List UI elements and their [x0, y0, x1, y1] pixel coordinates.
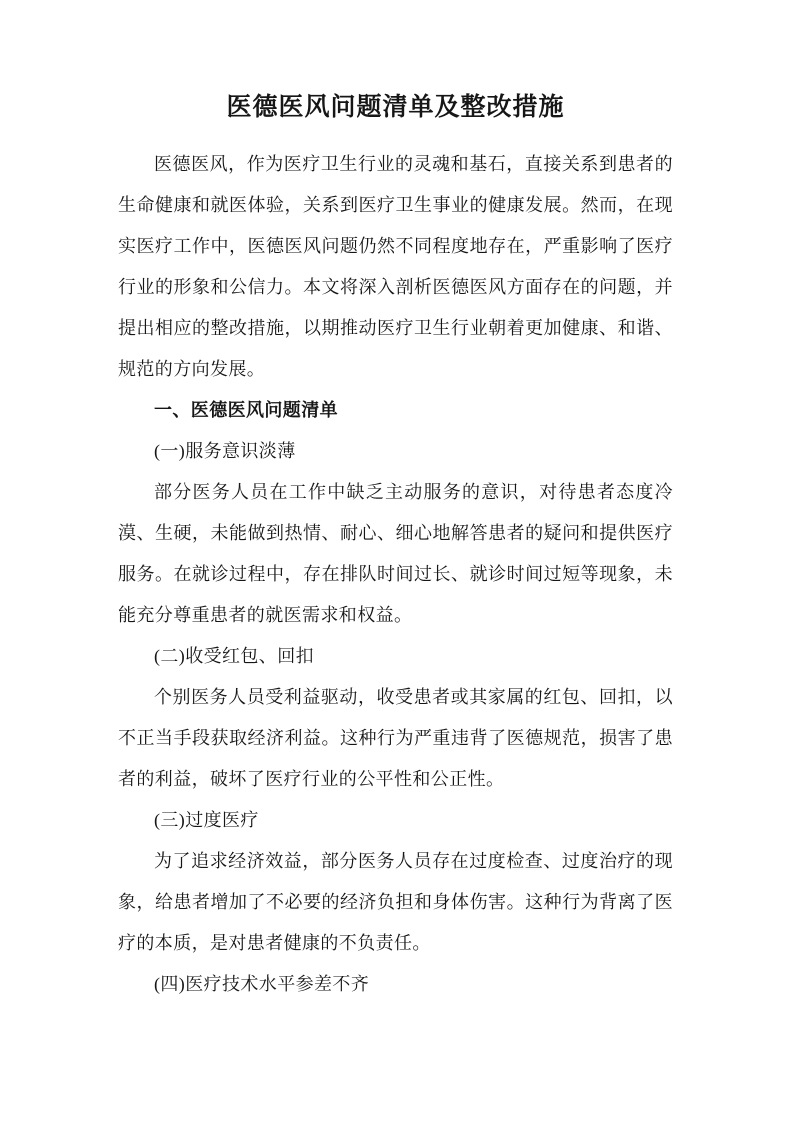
subsection-3-body: 为了追求经济效益，部分医务人员存在过度检查、过度治疗的现象，给患者增加了不必要的… — [118, 841, 673, 964]
subsection-1-heading: (一)服务意识淡薄 — [118, 431, 673, 472]
subsection-1-body: 部分医务人员在工作中缺乏主动服务的意识，对待患者态度冷漠、生硬，未能做到热情、耐… — [118, 472, 673, 636]
subsection-2-heading: (二)收受红包、回扣 — [118, 636, 673, 677]
subsection-4-heading: (四)医疗技术水平参差不齐 — [118, 964, 673, 1005]
document-page: 医德医风问题清单及整改措施 医德医风，作为医疗卫生行业的灵魂和基石，直接关系到患… — [0, 0, 794, 1122]
section-1-heading: 一、医德医风问题清单 — [118, 390, 673, 431]
document-title: 医德医风问题清单及整改措施 — [118, 86, 673, 130]
subsection-2-body: 个别医务人员受利益驱动，收受患者或其家属的红包、回扣，以不正当手段获取经济利益。… — [118, 677, 673, 800]
subsection-3-heading: (三)过度医疗 — [118, 800, 673, 841]
intro-paragraph: 医德医风，作为医疗卫生行业的灵魂和基石，直接关系到患者的生命健康和就医体验，关系… — [118, 144, 673, 390]
